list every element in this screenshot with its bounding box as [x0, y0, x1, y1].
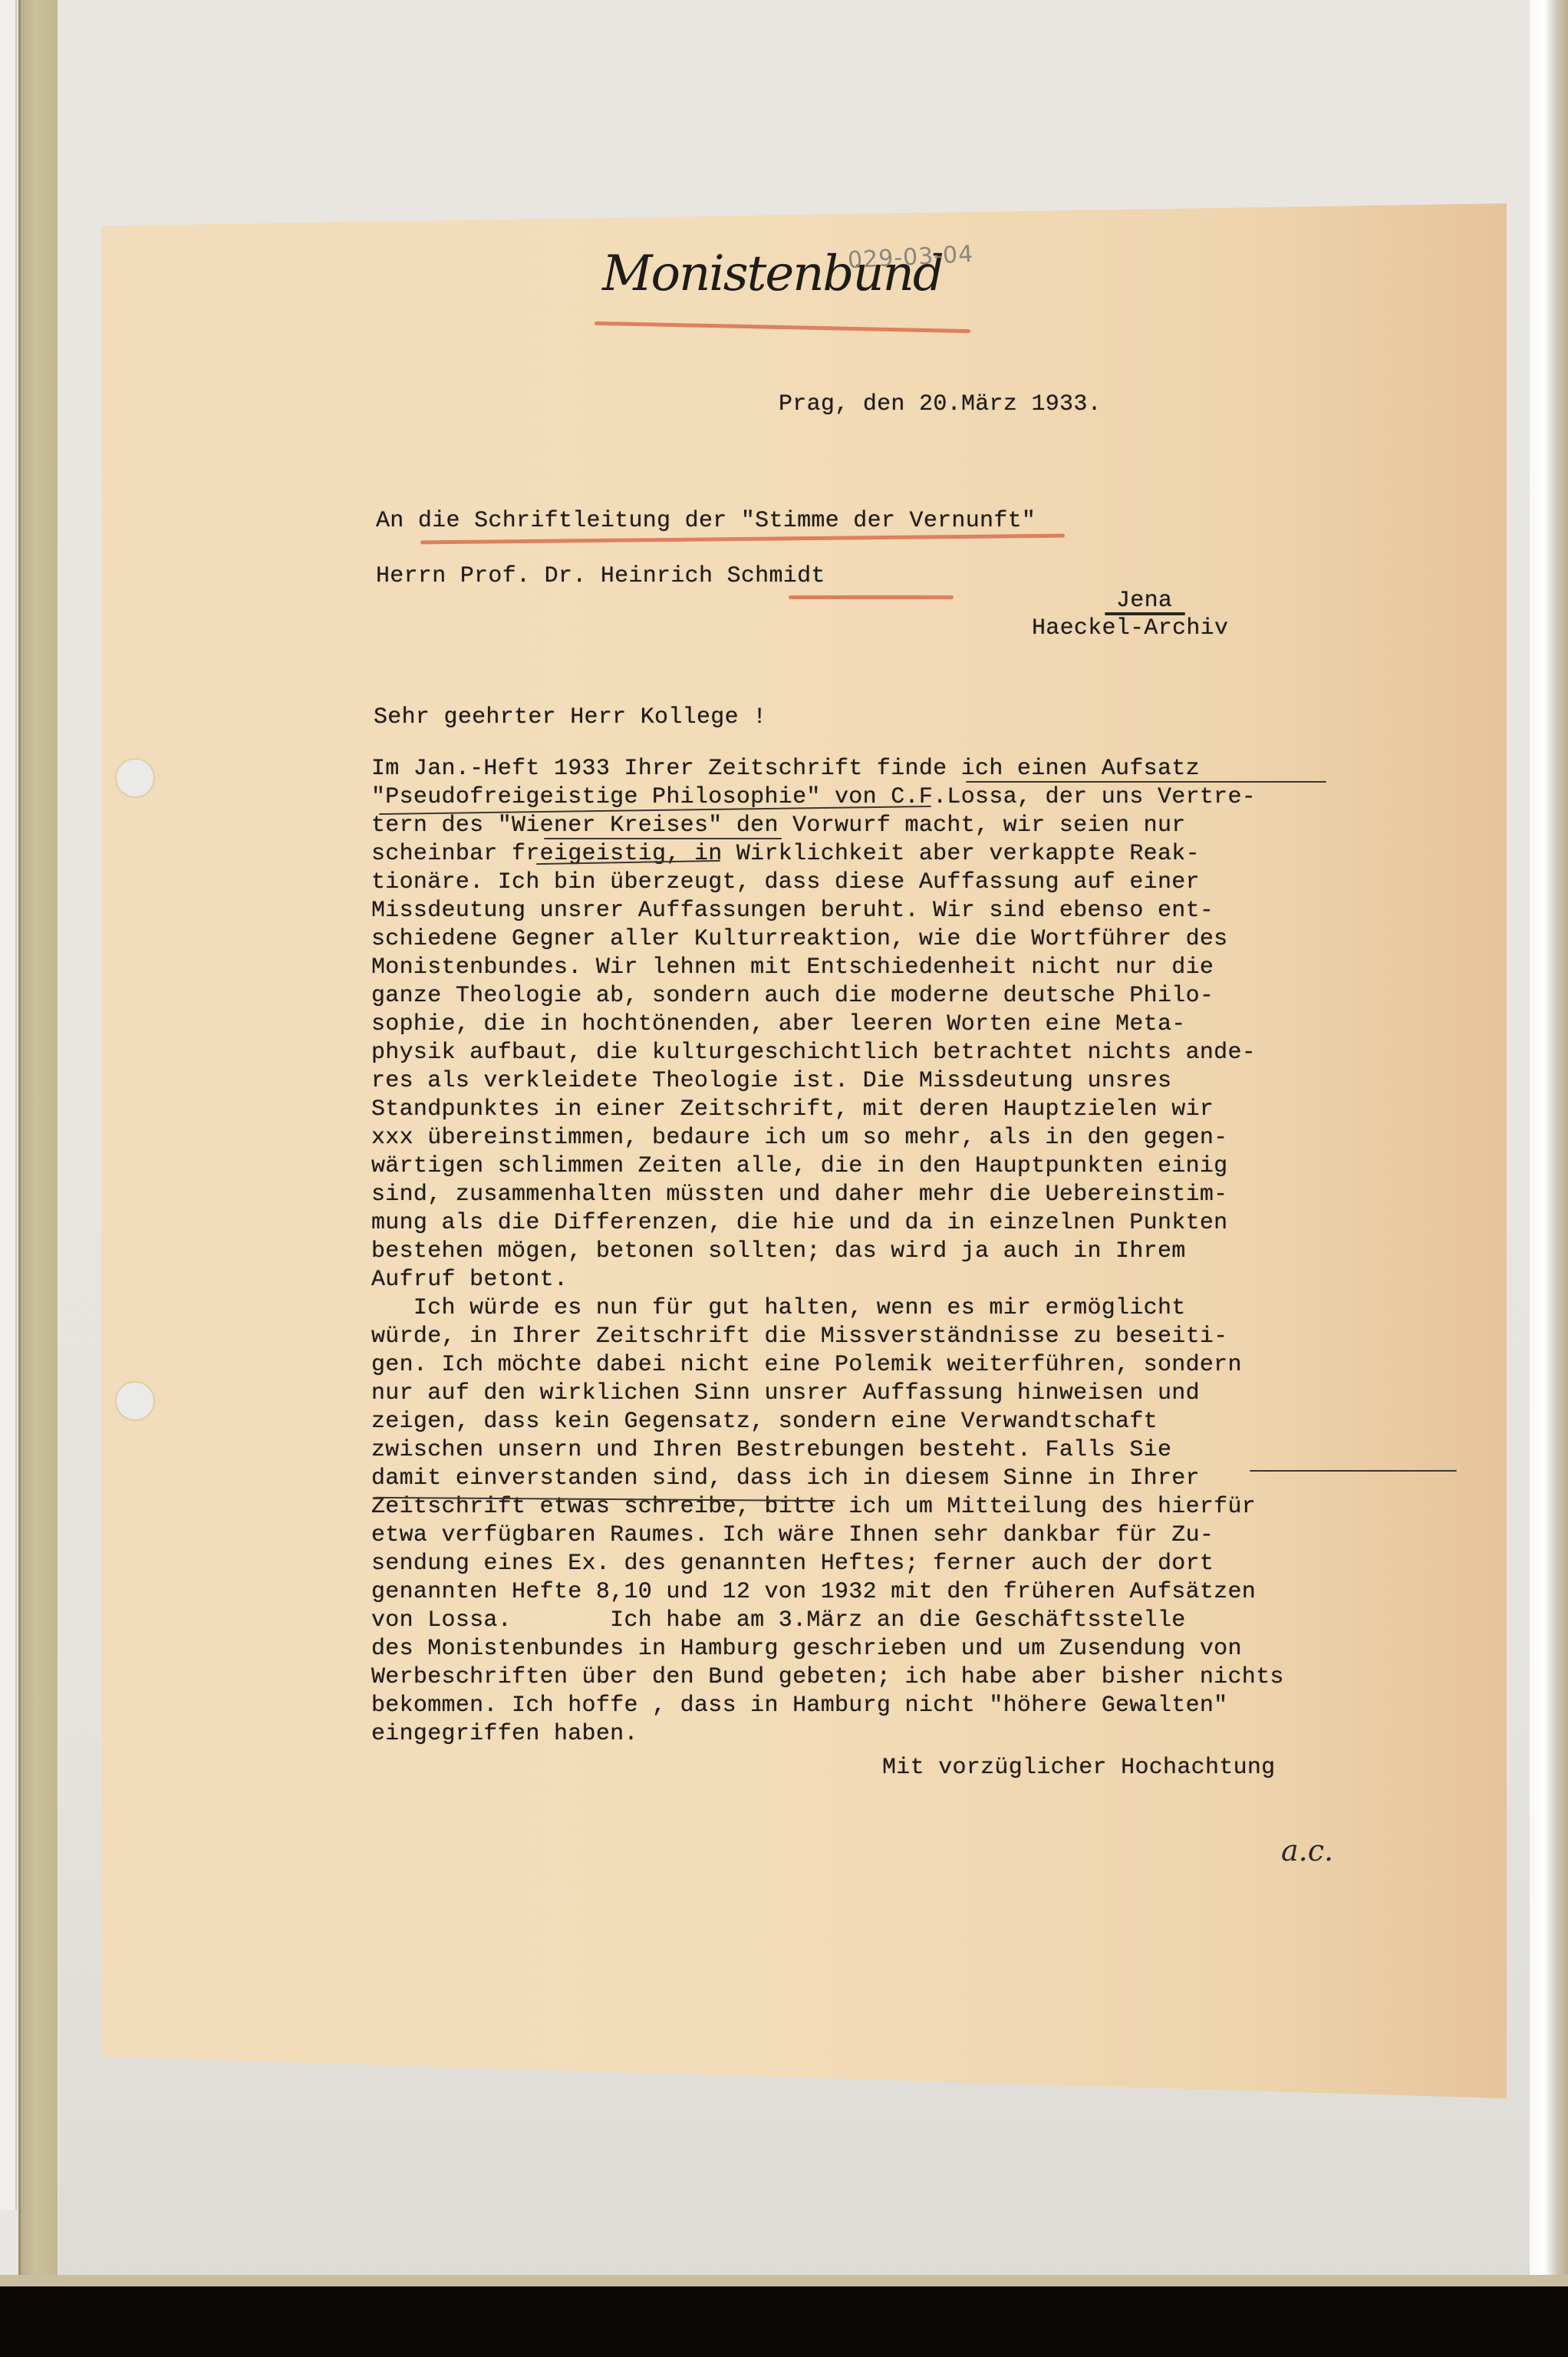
closing: Mit vorzüglicher Hochachtung [882, 1753, 1275, 1782]
body-line: gen. Ich möchte dabei nicht eine Polemik… [371, 1350, 1242, 1380]
body-line: Im Jan.-Heft 1933 Ihrer Zeitschrift find… [371, 754, 1200, 783]
body-line: nur auf den wirklichen Sinn unsrer Auffa… [371, 1379, 1200, 1408]
recipient-city: Jena [1116, 586, 1172, 615]
folder-edge [18, 0, 58, 2286]
body-line: würde, in Ihrer Zeitschrift die Missvers… [371, 1322, 1227, 1351]
body-line: des Monistenbundes in Hamburg geschriebe… [371, 1634, 1242, 1663]
punch-hole-bottom [115, 1381, 155, 1421]
body-line: scheinbar freigeistig, in Wirklichkeit a… [371, 839, 1200, 869]
body-line: Aufruf betont. [371, 1265, 568, 1294]
date-line: Prag, den 20.März 1933. [779, 390, 1102, 419]
body-line: wärtigen schlimmen Zeiten alle, die in d… [371, 1152, 1227, 1181]
body-line: sind, zusammenhalten müssten und daher m… [371, 1180, 1227, 1209]
body-line: Standpunktes in einer Zeitschrift, mit d… [371, 1095, 1214, 1124]
pencil-underline-aufsatz [966, 781, 1326, 783]
body-line: von Lossa. Ich habe am 3.März an die Ges… [371, 1606, 1186, 1635]
body-line: ganze Theologie ab, sondern auch die mod… [371, 981, 1214, 1010]
pencil-underline-in-ihrer [1250, 1470, 1457, 1472]
pencil-underline-wiener-kreises [544, 838, 782, 839]
body-line: Missdeutung unsrer Auffassungen beruht. … [371, 896, 1214, 925]
body-line: mung als die Differenzen, die hie und da… [371, 1208, 1227, 1238]
recipient-line-1: An die Schriftleitung der "Stimme der Ve… [376, 506, 1036, 536]
body-line: res als verkleidete Theologie ist. Die M… [371, 1066, 1171, 1096]
body-line: zeigen, dass kein Gegensatz, sondern ein… [371, 1407, 1158, 1436]
body-line: schiedene Gegner aller Kulturreaktion, w… [371, 925, 1227, 954]
body-line: bekommen. Ich hoffe , dass in Hamburg ni… [371, 1691, 1227, 1720]
body-line: Zeitschrift etwas schreibe, bitte ich um… [371, 1492, 1256, 1521]
background-paper-stack [0, 0, 17, 2210]
right-edge-highlight [1530, 0, 1568, 2357]
body-line: xxx übereinstimmen, bedaure ich um so me… [371, 1123, 1227, 1152]
body-line: zwischen unsern und Ihren Bestrebungen b… [371, 1436, 1171, 1465]
body-line: sendung eines Ex. des genannten Heftes; … [371, 1549, 1214, 1578]
body-line: physik aufbaut, die kulturgeschichtlich … [371, 1038, 1256, 1067]
body-line: sophie, die in hochtönenden, aber leeren… [371, 1010, 1186, 1039]
body-line: Werbeschriften über den Bund gebeten; ic… [371, 1663, 1284, 1692]
recipient-line-2: Herrn Prof. Dr. Heinrich Schmidt [376, 562, 825, 591]
body-line: damit einverstanden sind, dass ich in di… [371, 1464, 1200, 1493]
body-line: genannten Hefte 8,10 und 12 von 1932 mit… [371, 1577, 1256, 1607]
body-line: eingegriffen haben. [371, 1719, 638, 1749]
handwritten-initials: a.c. [1281, 1834, 1333, 1867]
punch-hole-top [115, 758, 155, 798]
body-line: Ich würde es nun für gut halten, wenn es… [371, 1294, 1186, 1323]
body-line: Monistenbundes. Wir lehnen mit Entschied… [371, 953, 1214, 982]
body-line: bestehen mögen, betonen sollten; das wir… [371, 1237, 1186, 1266]
salutation: Sehr geehrter Herr Kollege ! [374, 703, 766, 732]
body-line: tern des "Wiener Kreises" den Vorwurf ma… [371, 811, 1186, 840]
body-line: tionäre. Ich bin überzeugt, dass diese A… [371, 868, 1200, 897]
recipient-institution: Haeckel-Archiv [1032, 614, 1228, 643]
table-surface [0, 2286, 1568, 2357]
red-crayon-underline-name [789, 595, 954, 599]
body-line: etwa verfügbaren Raumes. Ich wäre Ihnen … [371, 1521, 1214, 1550]
